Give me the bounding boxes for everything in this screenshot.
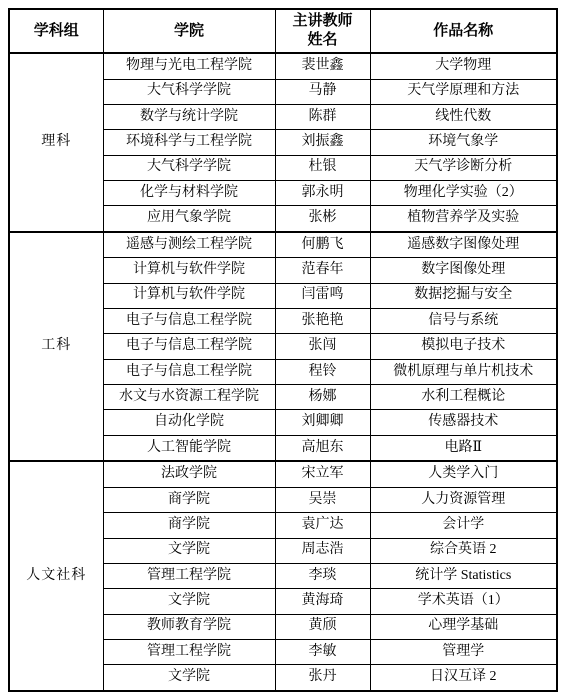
college-cell: 文学院 [103,589,275,614]
header-teacher-line2: 姓名 [278,31,368,51]
course-table: 学科组 学院 主讲教师 姓名 作品名称 理科物理与光电工程学院裴世鑫大学物理大气… [8,8,558,692]
work-cell: 遥感数字图像处理 [370,232,557,258]
teacher-cell: 李敏 [275,639,370,664]
work-cell: 管理学 [370,639,557,664]
college-cell: 商学院 [103,513,275,538]
work-cell: 物理化学实验（2） [370,180,557,205]
work-cell: 统计学 Statistics [370,563,557,588]
header-teacher-line1: 主讲教师 [278,12,368,32]
teacher-cell: 裴世鑫 [275,53,370,79]
header-college: 学院 [103,9,275,53]
teacher-cell: 马静 [275,79,370,104]
teacher-cell: 宋立军 [275,461,370,487]
header-teacher: 主讲教师 姓名 [275,9,370,53]
work-cell: 数字图像处理 [370,258,557,283]
work-cell: 人类学入门 [370,461,557,487]
college-cell: 管理工程学院 [103,563,275,588]
college-cell: 计算机与软件学院 [103,258,275,283]
table-row: 人文社科法政学院宋立军人类学入门 [9,461,557,487]
college-cell: 人工智能学院 [103,435,275,461]
teacher-cell: 张闯 [275,334,370,359]
college-cell: 大气科学学院 [103,155,275,180]
teacher-cell: 杜银 [275,155,370,180]
work-cell: 大学物理 [370,53,557,79]
teacher-cell: 黄颀 [275,614,370,639]
college-cell: 文学院 [103,665,275,691]
teacher-cell: 李琰 [275,563,370,588]
teacher-cell: 何鹏飞 [275,232,370,258]
teacher-cell: 高旭东 [275,435,370,461]
teacher-cell: 黄海琦 [275,589,370,614]
work-cell: 植物营养学及实验 [370,206,557,232]
college-cell: 遥感与测绘工程学院 [103,232,275,258]
work-cell: 人力资源管理 [370,487,557,512]
college-cell: 物理与光电工程学院 [103,53,275,79]
work-cell: 环境气象学 [370,130,557,155]
work-cell: 模拟电子技术 [370,334,557,359]
subject-group-cell: 理科 [9,53,103,232]
teacher-cell: 刘振鑫 [275,130,370,155]
teacher-cell: 周志浩 [275,538,370,563]
work-cell: 线性代数 [370,104,557,129]
teacher-cell: 闫雷鸣 [275,283,370,308]
college-cell: 计算机与软件学院 [103,283,275,308]
work-cell: 综合英语 2 [370,538,557,563]
college-cell: 电子与信息工程学院 [103,334,275,359]
work-cell: 天气学诊断分析 [370,155,557,180]
page: 学科组 学院 主讲教师 姓名 作品名称 理科物理与光电工程学院裴世鑫大学物理大气… [0,0,565,699]
college-cell: 教师教育学院 [103,614,275,639]
teacher-cell: 吴崇 [275,487,370,512]
college-cell: 自动化学院 [103,410,275,435]
teacher-cell: 张丹 [275,665,370,691]
college-cell: 电子与信息工程学院 [103,309,275,334]
header-subject-group: 学科组 [9,9,103,53]
college-cell: 数学与统计学院 [103,104,275,129]
teacher-cell: 陈群 [275,104,370,129]
teacher-cell: 张彬 [275,206,370,232]
teacher-cell: 范春年 [275,258,370,283]
teacher-cell: 郭永明 [275,180,370,205]
teacher-cell: 程铃 [275,359,370,384]
teacher-cell: 杨娜 [275,385,370,410]
work-cell: 信号与系统 [370,309,557,334]
college-cell: 文学院 [103,538,275,563]
header-work-name: 作品名称 [370,9,557,53]
teacher-cell: 刘卿卿 [275,410,370,435]
college-cell: 环境科学与工程学院 [103,130,275,155]
college-cell: 大气科学学院 [103,79,275,104]
work-cell: 天气学原理和方法 [370,79,557,104]
college-cell: 水文与水资源工程学院 [103,385,275,410]
teacher-cell: 张艳艳 [275,309,370,334]
header-row: 学科组 学院 主讲教师 姓名 作品名称 [9,9,557,53]
college-cell: 电子与信息工程学院 [103,359,275,384]
work-cell: 电路Ⅱ [370,435,557,461]
college-cell: 法政学院 [103,461,275,487]
college-cell: 管理工程学院 [103,639,275,664]
college-cell: 商学院 [103,487,275,512]
work-cell: 水利工程概论 [370,385,557,410]
work-cell: 学术英语（1） [370,589,557,614]
work-cell: 会计学 [370,513,557,538]
college-cell: 应用气象学院 [103,206,275,232]
college-cell: 化学与材料学院 [103,180,275,205]
subject-group-cell: 人文社科 [9,461,103,691]
work-cell: 数据挖掘与安全 [370,283,557,308]
table-body: 理科物理与光电工程学院裴世鑫大学物理大气科学学院马静天气学原理和方法数学与统计学… [9,53,557,691]
work-cell: 传感器技术 [370,410,557,435]
teacher-cell: 袁广达 [275,513,370,538]
table-row: 理科物理与光电工程学院裴世鑫大学物理 [9,53,557,79]
work-cell: 微机原理与单片机技术 [370,359,557,384]
table-row: 工科遥感与测绘工程学院何鹏飞遥感数字图像处理 [9,232,557,258]
work-cell: 日汉互译 2 [370,665,557,691]
table-header: 学科组 学院 主讲教师 姓名 作品名称 [9,9,557,53]
work-cell: 心理学基础 [370,614,557,639]
subject-group-cell: 工科 [9,232,103,462]
